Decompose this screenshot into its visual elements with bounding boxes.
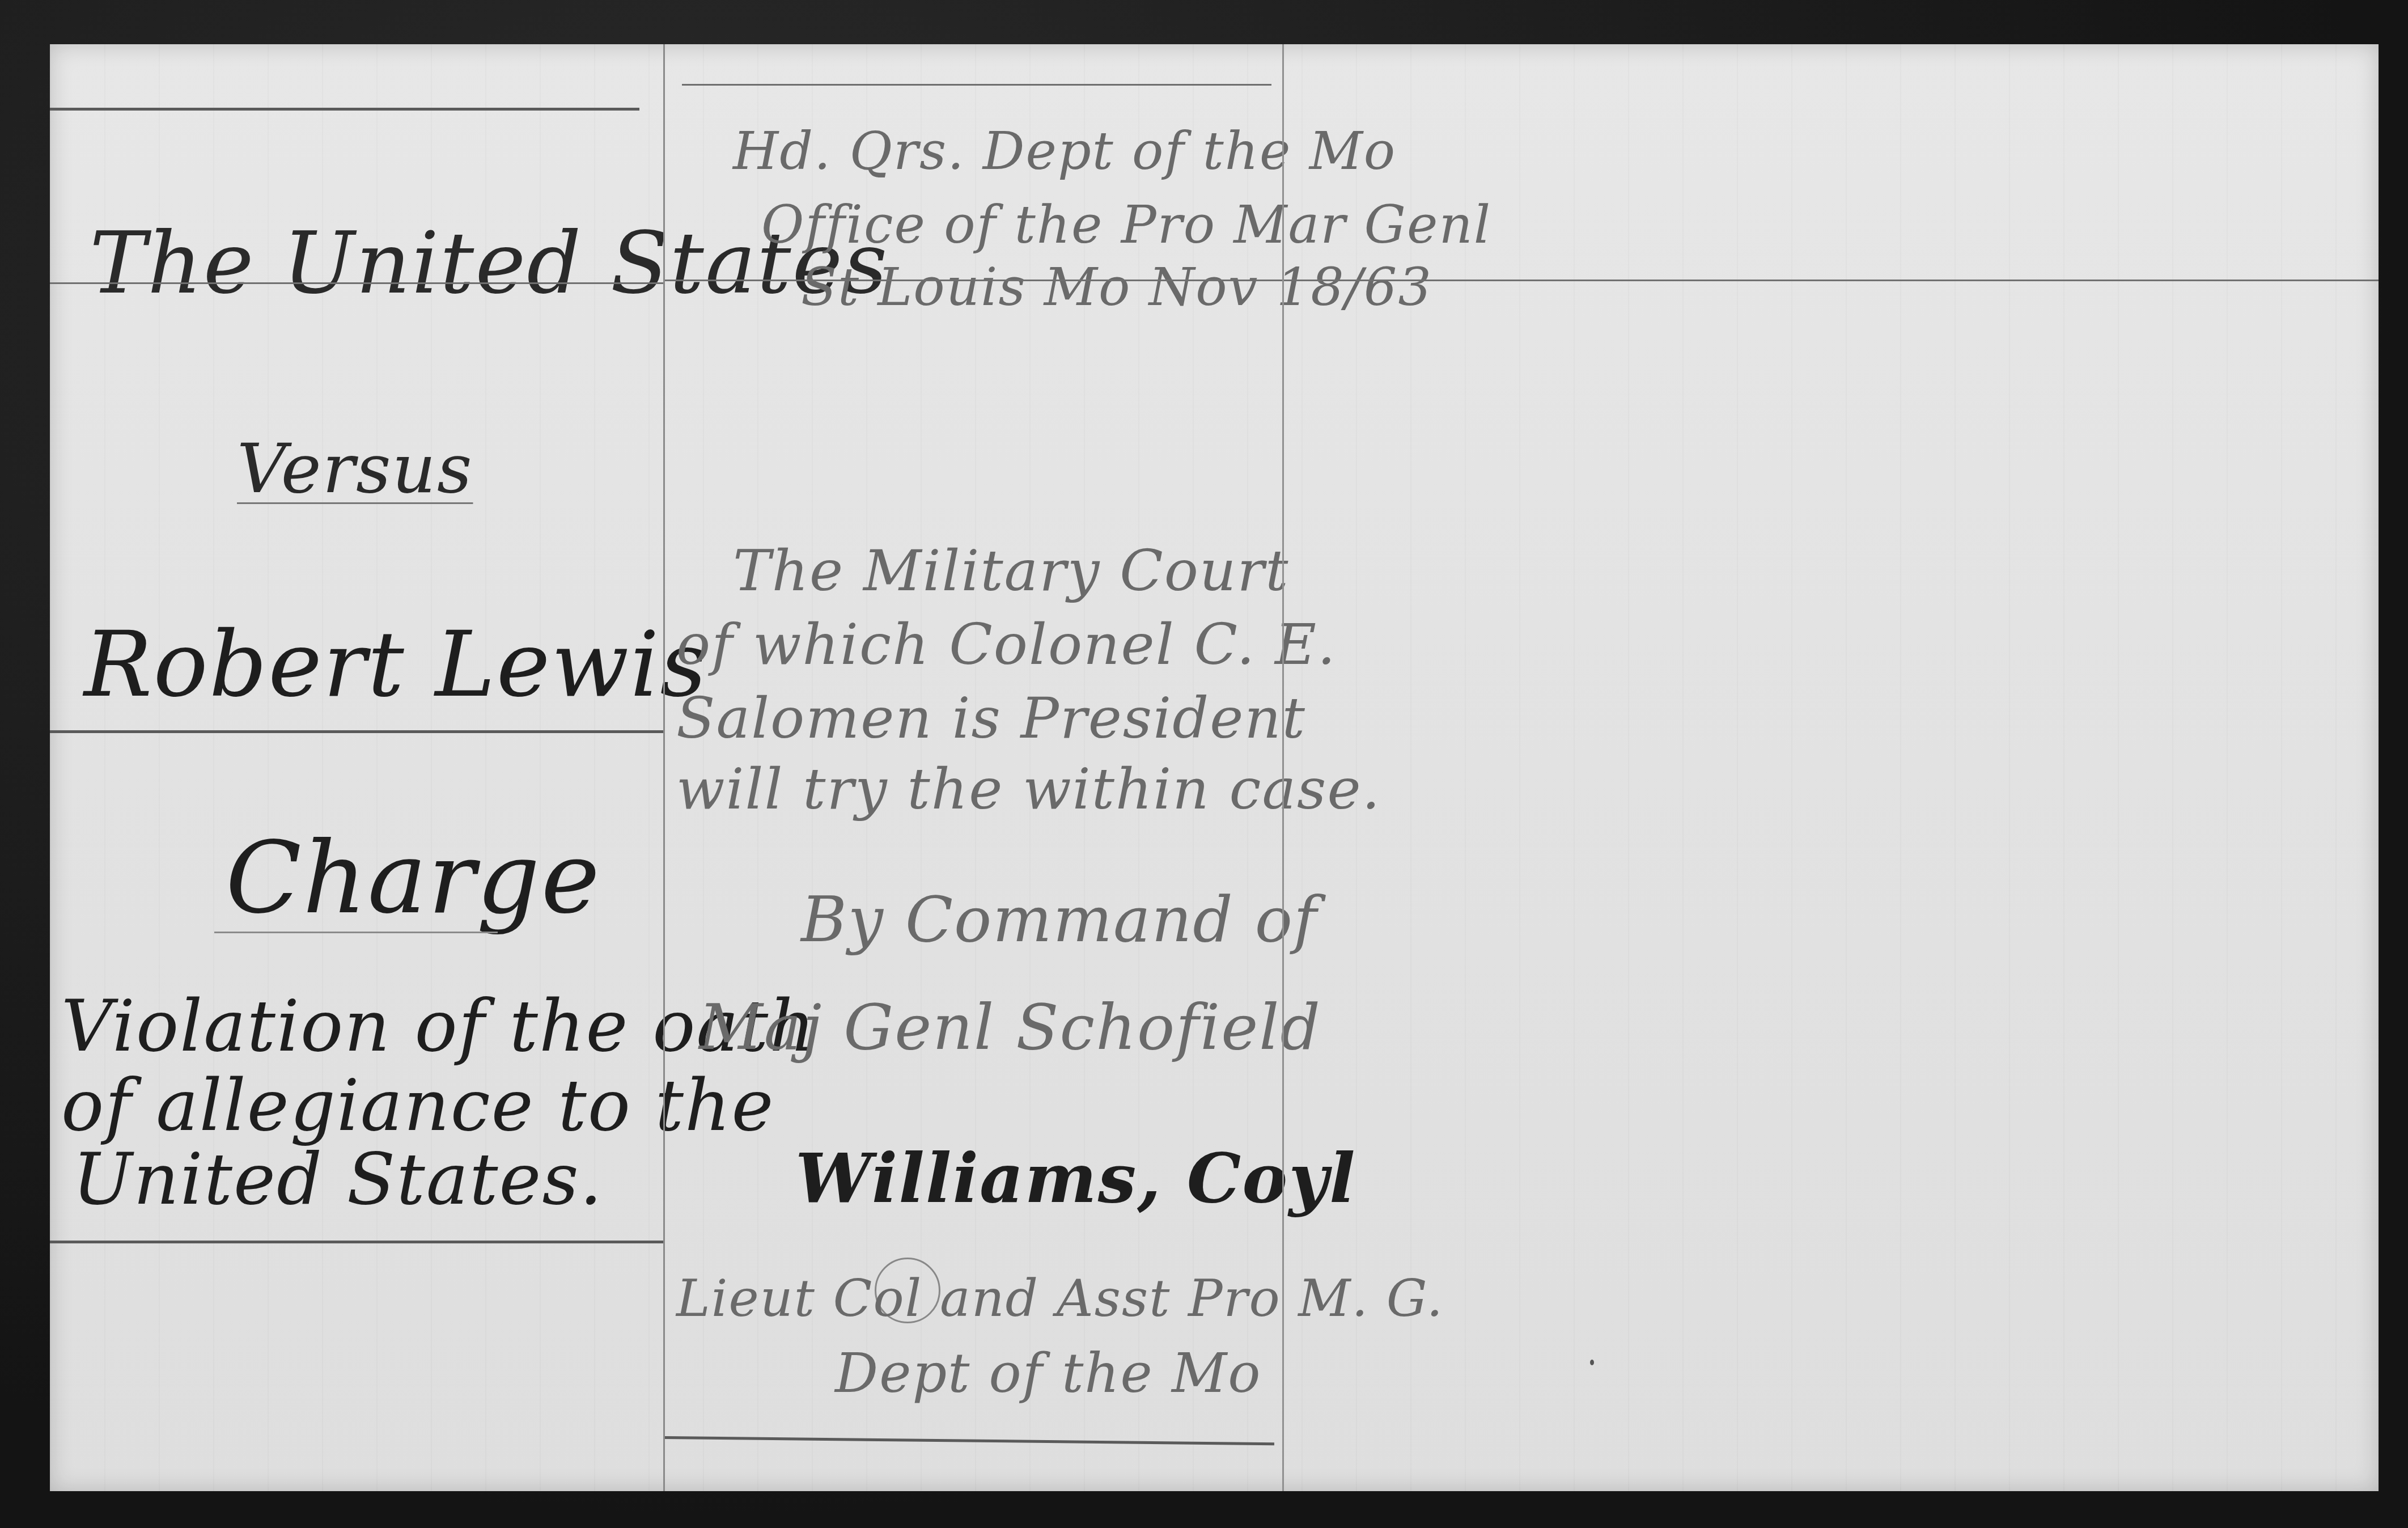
defendant-name: Robert Lewis [84, 611, 708, 717]
plaintiff-rule [50, 282, 663, 284]
charge-text-line: United States. [73, 1138, 603, 1221]
charge-heading: Charge [226, 821, 601, 936]
signer-dept-line: Dept of the Mo [835, 1343, 1261, 1405]
document-page: The United States Versus Robert Lewis Ch… [50, 44, 2379, 1491]
defendant-rule [50, 730, 663, 733]
header-rule [665, 280, 1284, 281]
commander-line: Maj Genl Schofield [699, 991, 1321, 1064]
endorsement-panel: Hd. Qrs. Dept of the Mo Office of the Pr… [663, 44, 1284, 1491]
order-text-line: will try the within case. [676, 756, 1381, 822]
blank-panel-rule [1284, 280, 2379, 281]
by-command-line: By Command of [801, 883, 1318, 956]
signature: Williams, Coyl [795, 1138, 1356, 1218]
endorsement-top-rule [682, 84, 1271, 86]
top-rule [50, 108, 639, 111]
ink-speck [1590, 1360, 1594, 1365]
versus-label: Versus [237, 430, 473, 509]
case-title-panel: The United States Versus Robert Lewis Ch… [50, 44, 663, 1491]
endorsement-bottom-rule [665, 1436, 1274, 1445]
order-text-line: The Military Court [733, 537, 1289, 604]
order-text-line: of which Colonel C. E. [676, 611, 1337, 678]
charge-underline [214, 932, 498, 933]
blank-panel [1282, 44, 2379, 1491]
order-text-line: Salomen is President [676, 685, 1306, 751]
charge-bottom-rule [50, 1241, 663, 1243]
